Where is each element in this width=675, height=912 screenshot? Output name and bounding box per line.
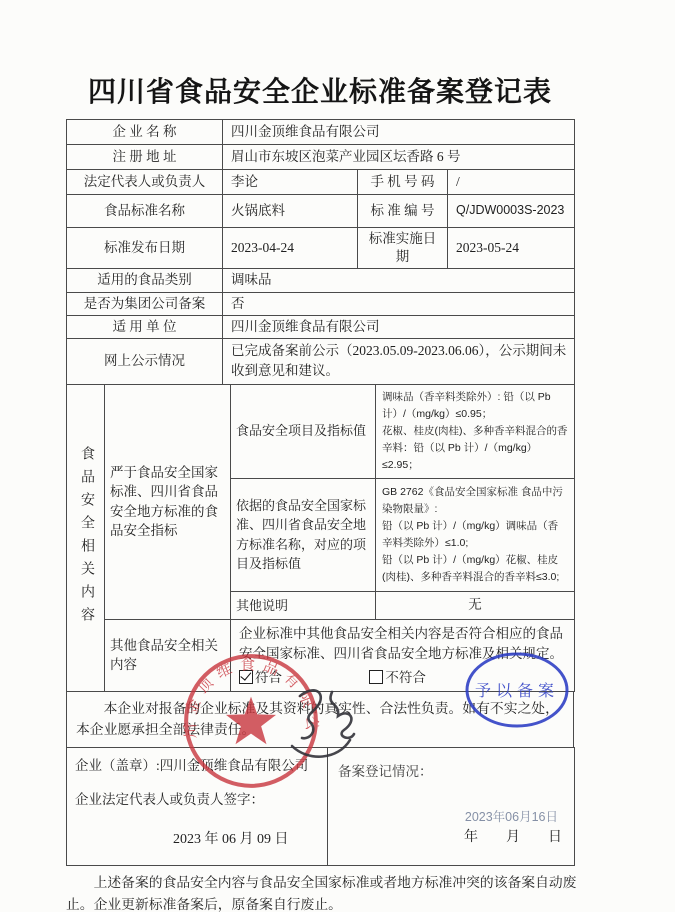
legal-rep-label: 法定代表人或负责人 [67, 170, 223, 195]
basic-info-table: 企 业 名 称 四川金顶维食品有限公司 注 册 地 址 眉山市东坡区泡菜产业园区… [66, 119, 575, 385]
table-row: 注 册 地 址 眉山市东坡区泡菜产业园区坛香路 6 号 [67, 145, 575, 170]
publicity-label: 网上公示情况 [67, 339, 223, 385]
legal-rep-value: 李论 [223, 170, 358, 195]
standard-name-value: 火锅底料 [223, 195, 358, 228]
table-row: 食品标准名称 火锅底料 标 准 编 号 Q/JDW0003S-2023 [67, 195, 575, 228]
implement-date-label: 标准实施日期 [358, 228, 448, 269]
registration-stamp-date: 2023年06月16日 [465, 809, 558, 826]
table-row: 网上公示情况 已完成备案前公示（2023.05.09-2023.06.06），公… [67, 339, 575, 385]
address-value: 眉山市东坡区泡菜产业园区坛香路 6 号 [223, 145, 575, 170]
other-note-value: 无 [376, 591, 575, 620]
basis-label: 依据的食品安全国家标准、四川省食品安全地方标准名称，对应的项目及指标值 [231, 478, 376, 591]
address-label: 注 册 地 址 [67, 145, 223, 170]
company-name-label: 企 业 名 称 [67, 120, 223, 145]
group-filing-label: 是否为集团公司备案 [67, 292, 223, 315]
table-row: 适用的食品类别 调味品 [67, 269, 575, 292]
implement-date-value: 2023-05-24 [448, 228, 575, 269]
table-row: 是否为集团公司备案 否 [67, 292, 575, 315]
table-row: 法定代表人或负责人 李论 手 机 号 码 / [67, 170, 575, 195]
publish-date-label: 标准发布日期 [67, 228, 223, 269]
approval-stamp-text: 予以备案 [475, 682, 559, 700]
group-filing-value: 否 [223, 292, 575, 315]
items-value: 调味品（香辛料类除外）: 铅（以 Pb 计）/（mg/kg）≤0.95； 花椒、… [376, 384, 575, 478]
registration-cell: 备案登记情况： 2023年06月16日 年 月 日 [328, 747, 575, 865]
standard-name-label: 食品标准名称 [67, 195, 223, 228]
scanned-form-page: 四川省食品安全企业标准备案登记表 企 业 名 称 四川金顶维食品有限公司 注 册… [0, 0, 675, 912]
footer-note: 上述备案的食品安全内容与食品安全国家标准或者地方标准冲突的该备案自动废止。企业更… [66, 872, 582, 912]
checkbox-empty-icon [369, 670, 383, 684]
standard-no-label: 标 准 编 号 [358, 195, 448, 228]
basis-value: GB 2762《食品安全国家标准 食品中污染物限量》: 铅（以 Pb 计）/（m… [376, 478, 575, 591]
registration-date-placeholder: 年 月 日 [464, 829, 562, 848]
publish-date-value: 2023-04-24 [223, 228, 358, 269]
table-row: 标准发布日期 2023-04-24 标准实施日期 2023-05-24 [67, 228, 575, 269]
other-note-label: 其他说明 [231, 591, 376, 620]
applicable-unit-value: 四川金顶维食品有限公司 [223, 315, 575, 338]
company-name-value: 四川金顶维食品有限公司 [223, 120, 575, 145]
applicable-unit-label: 适 用 单 位 [67, 315, 223, 338]
publicity-value: 已完成备案前公示（2023.05.09-2023.06.06），公示期间未收到意… [223, 339, 575, 385]
approval-stamp: 予以备案 [459, 648, 575, 734]
seal-star-icon [226, 697, 276, 745]
table-row: 适 用 单 位 四川金顶维食品有限公司 [67, 315, 575, 338]
phone-value: / [448, 170, 575, 195]
items-label: 食品安全项目及指标值 [231, 384, 376, 478]
phone-label: 手 机 号 码 [358, 170, 448, 195]
food-category-value: 调味品 [223, 269, 575, 292]
table-row: 企 业 名 称 四川金顶维食品有限公司 [67, 120, 575, 145]
stricter-indicators-label: 严于食品安全国家标准、四川省食品安全地方标准的食品安全指标 [105, 384, 231, 620]
page-title: 四川省食品安全企业标准备案登记表 [66, 70, 574, 110]
table-row: 食品安全相关内容 严于食品安全国家标准、四川省食品安全地方标准的食品安全指标 食… [67, 384, 575, 478]
enterprise-sign-date: 2023 年 06 月 09 日 [173, 831, 289, 850]
option-not-comply: 不符合 [369, 669, 426, 687]
handwritten-signature [278, 680, 364, 772]
food-category-label: 适用的食品类别 [67, 269, 223, 292]
safety-section-side-label: 食品安全相关内容 [67, 384, 105, 691]
standard-no-value: Q/JDW0003S-2023 [448, 195, 575, 228]
